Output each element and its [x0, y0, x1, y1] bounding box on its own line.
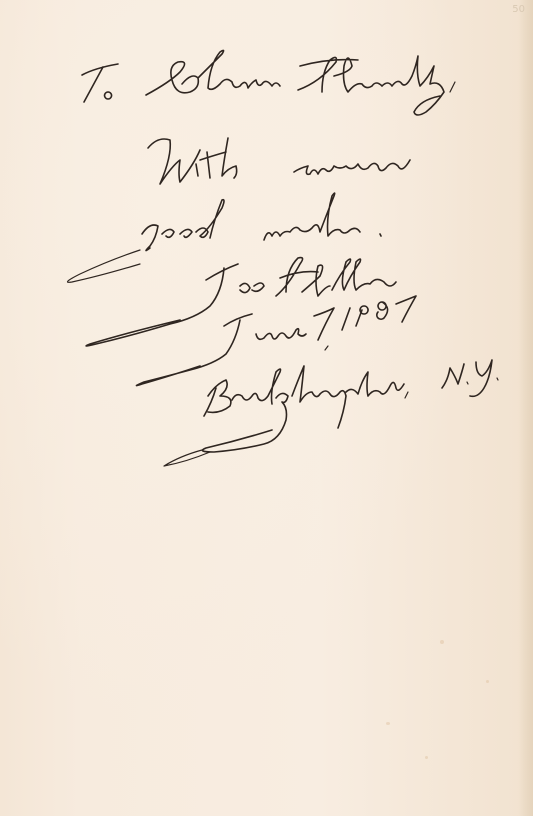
handwriting-place-bridgehampton-ny — [164, 360, 498, 466]
handwriting-with-sincere — [148, 138, 410, 184]
handwriting-to-glenn-horowitz — [82, 50, 455, 115]
handwriting-signature-joe-heller — [86, 258, 396, 346]
book-flyleaf-page: 50 To Glenn Horowitz, With sincere good … — [0, 0, 533, 816]
handwritten-inscription — [0, 0, 533, 816]
